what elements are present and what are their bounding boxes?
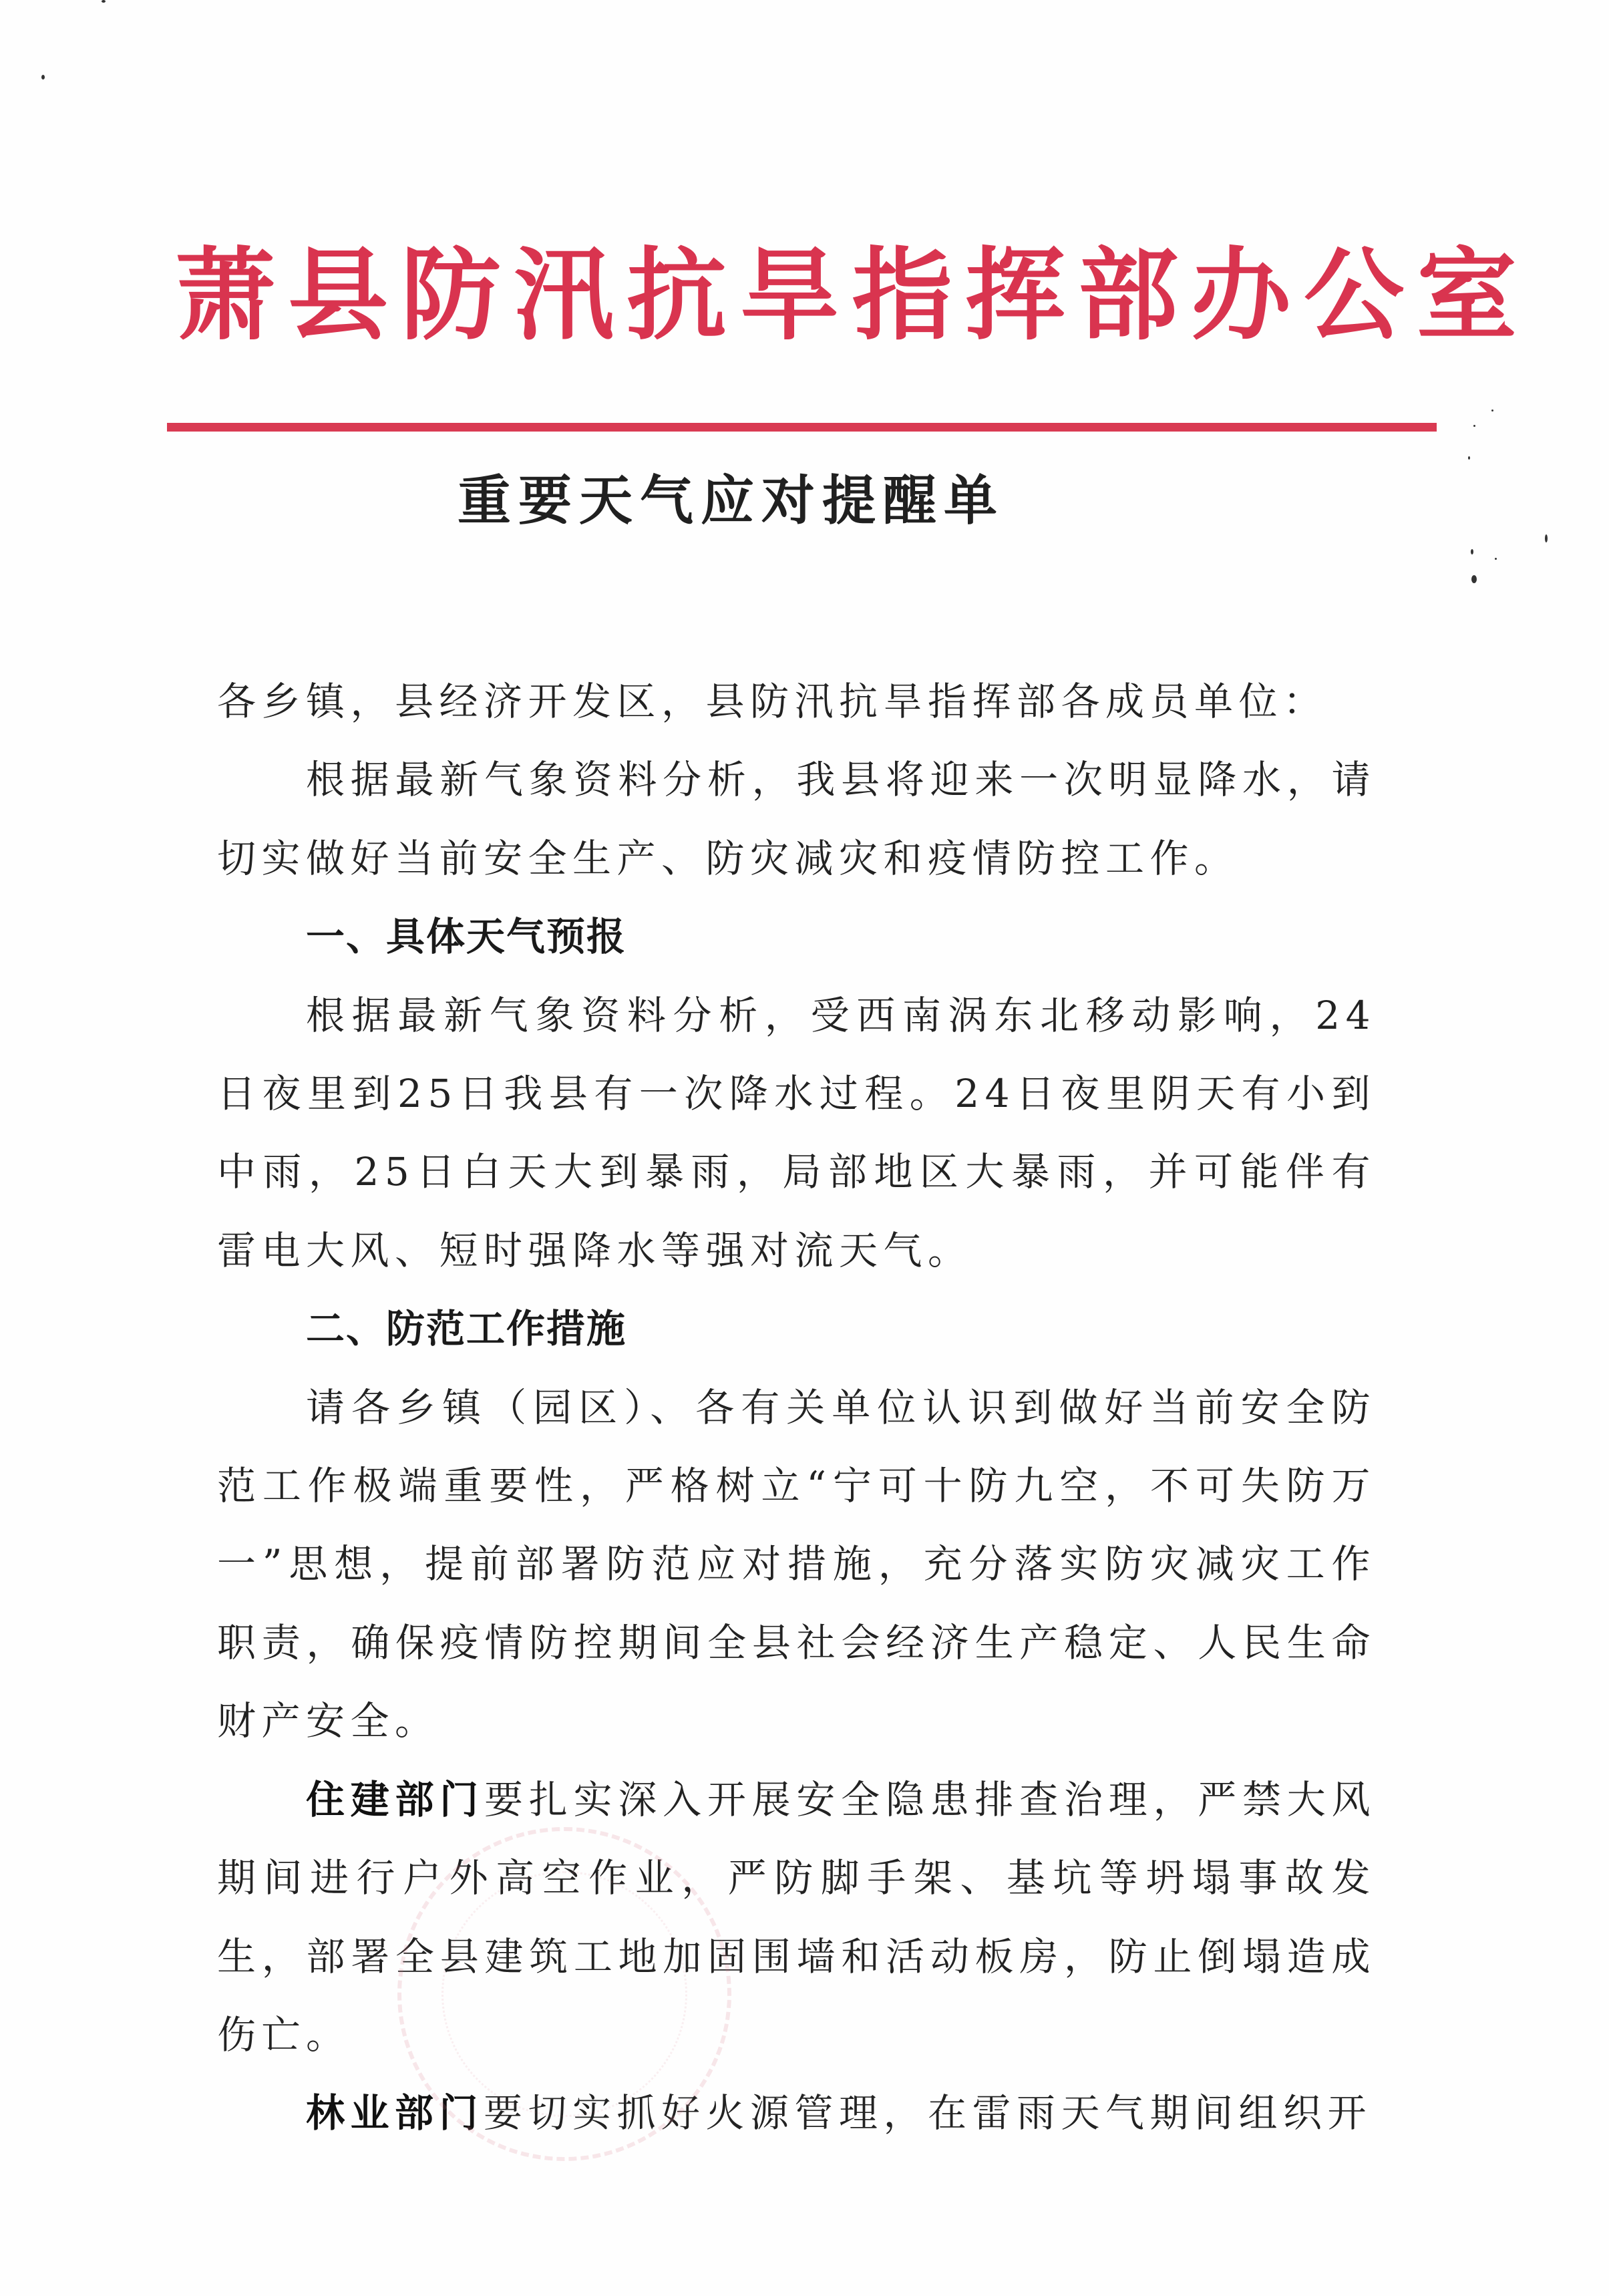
forestry-dept-lead: 林业部门 xyxy=(306,2090,484,2136)
scan-speck xyxy=(1545,534,1548,542)
paragraph-text: 根据最新气象资料分析，受西南涡东北移动影响，24日夜里到25日我县有一次降水过程… xyxy=(217,993,1376,1273)
document-title: 重要天气应对提醒单 xyxy=(0,468,1609,534)
paragraph-text: 要切实抓好火源管理，在雷雨天气期间组织开 xyxy=(484,2090,1372,2136)
forestry-dept-paragraph: 林业部门要切实抓好火源管理，在雷雨天气期间组织开 xyxy=(217,2074,1376,2152)
organization-header: 萧县防汛抗旱指挥部办公室 xyxy=(175,235,1431,355)
scan-speck xyxy=(1491,409,1493,412)
section-heading-measures: 二、防范工作措施 xyxy=(217,1290,1376,1368)
forecast-paragraph: 根据最新气象资料分析，受西南涡东北移动影响，24日夜里到25日我县有一次降水过程… xyxy=(217,977,1376,1291)
scan-speck xyxy=(1473,425,1475,427)
intro-paragraph: 根据最新气象资料分析，我县将迎来一次明显降水，请切实做好当前安全生产、防灾减灾和… xyxy=(217,741,1376,898)
housing-dept-paragraph: 住建部门要扎实深入开展安全隐患排查治理，严禁大风期间进行户外高空作业，严防脚手架… xyxy=(217,1761,1376,2075)
scan-speck xyxy=(41,75,45,79)
scan-speck xyxy=(1495,558,1497,560)
scan-speck xyxy=(1471,575,1477,583)
scan-speck xyxy=(102,0,106,3)
document-page: 萧县防汛抗旱指挥部办公室 重要天气应对提醒单 各乡镇，县经济开发区，县防汛抗旱指… xyxy=(0,0,1609,2296)
measures-paragraph: 请各乡镇（园区）、各有关单位认识到做好当前安全防范工作极端重要性，严格树立“宁可… xyxy=(217,1369,1376,1761)
salutation: 各乡镇，县经济开发区，县防汛抗旱指挥部各成员单位： xyxy=(217,663,1376,741)
housing-dept-lead: 住建部门 xyxy=(306,1777,484,1822)
scan-speck xyxy=(1471,549,1473,554)
paragraph-text: 请各乡镇（园区）、各有关单位认识到做好当前安全防范工作极端重要性，严格树立“宁可… xyxy=(217,1385,1376,1744)
document-body: 各乡镇，县经济开发区，县防汛抗旱指挥部各成员单位： 根据最新气象资料分析，我县将… xyxy=(217,663,1376,2153)
section-heading-forecast: 一、具体天气预报 xyxy=(217,898,1376,976)
red-divider-line xyxy=(167,423,1437,432)
scan-speck xyxy=(1468,456,1470,460)
